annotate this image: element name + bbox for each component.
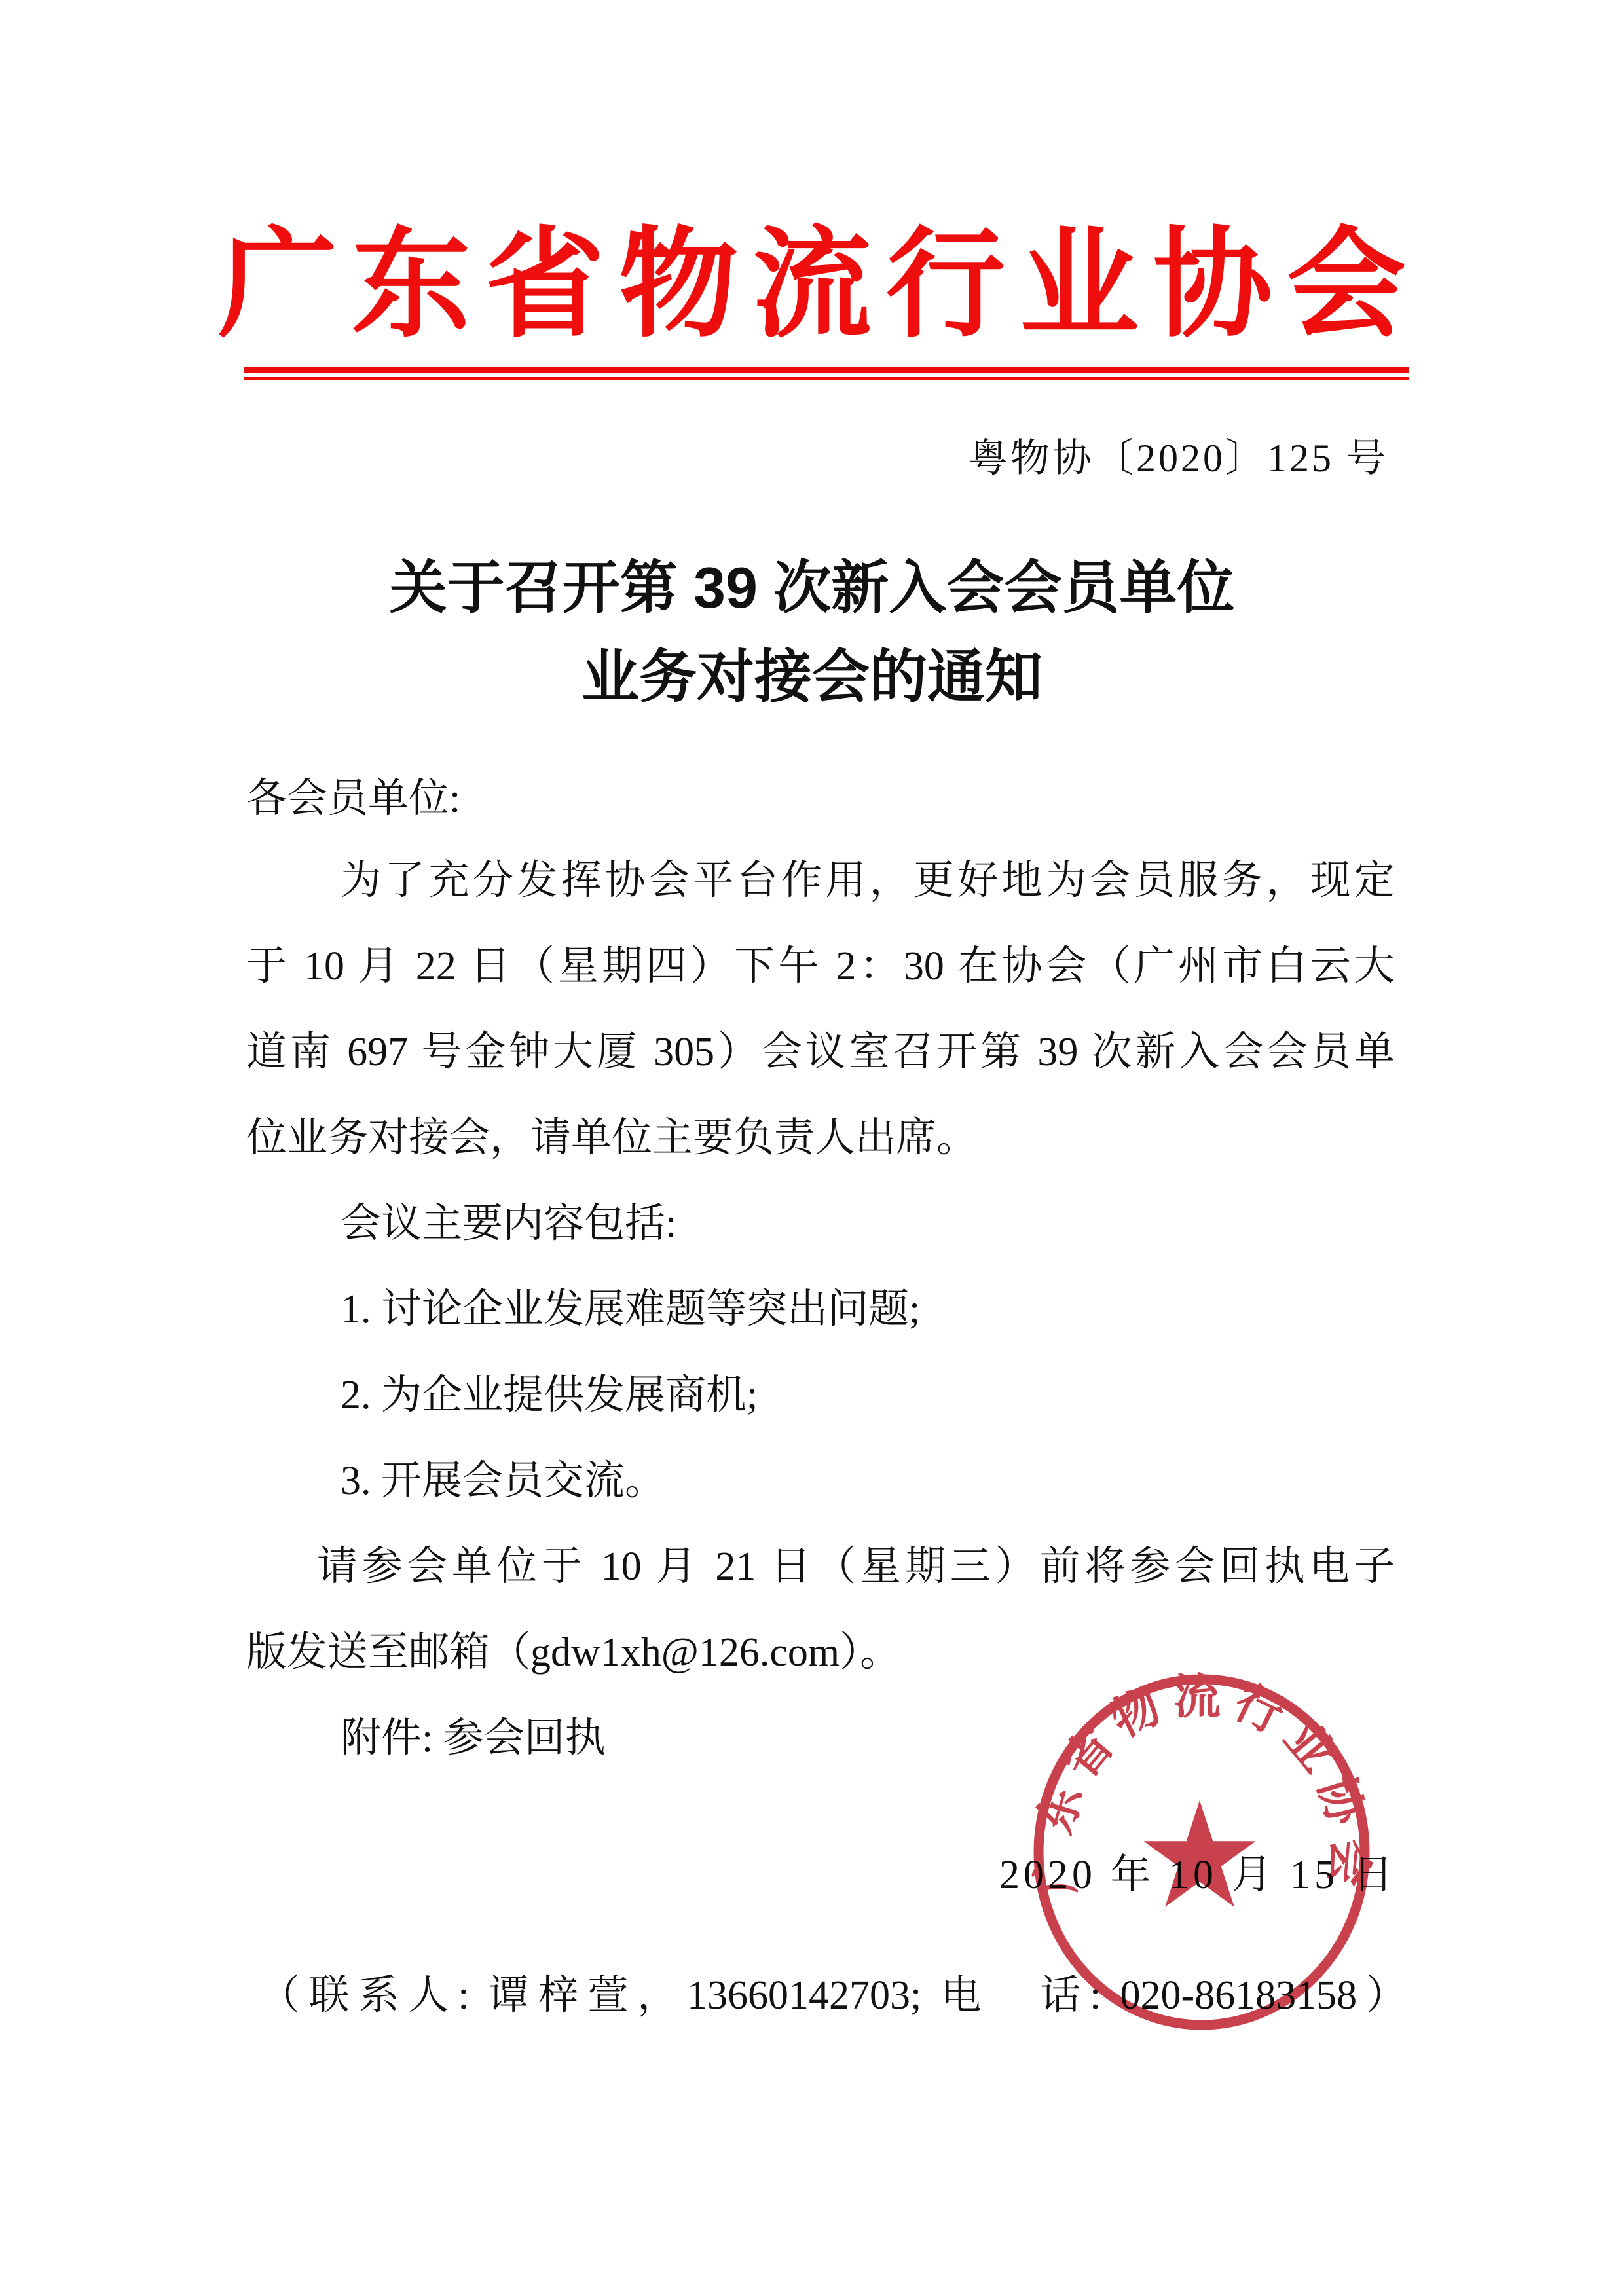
document-number: 粤物协〔2020〕125 号 [969, 439, 1388, 478]
salutation: 各会员单位: [246, 778, 460, 819]
paragraph1-line4: 位业务对接会，请单位主要负责人出席。 [246, 1118, 977, 1158]
issue-date: 2020 年 10 月 15 日 [999, 1855, 1397, 1895]
paragraph1-line3: 道南 697 号金钟大厦 305）会议室召开第 39 次新入会会员单 [246, 1032, 1395, 1072]
contact-info: （联系人: 谭梓萱，13660142703; 电 话: 020-86183158… [259, 1975, 1407, 2016]
notice-title-line2: 业务对接会的通知 [0, 648, 1624, 706]
agenda-heading: 会议主要内容包括: [341, 1203, 676, 1244]
agenda-item-2: 2. 为企业提供发展商机; [341, 1375, 758, 1415]
agenda-item-3: 3. 开展会员交流。 [341, 1461, 665, 1501]
letterhead-rule-thick [244, 367, 1409, 373]
paragraph1-line1: 为了充分发挥协会平台作用，更好地为会员服务，现定 [341, 860, 1395, 901]
paragraph2-line1: 请参会单位于 10 月 21 日（星期三）前将参会回执电子 [317, 1546, 1395, 1587]
letterhead-org-name: 广东省物流行业协会 [0, 227, 1624, 346]
agenda-item-1: 1. 讨论企业发展难题等突出问题; [341, 1289, 920, 1330]
paragraph2-line2: 版发送至邮箱（gdw1xh@126.com）。 [246, 1632, 900, 1673]
paragraph1-line2: 于 10 月 22 日（星期四）下午 2：30 在协会（广州市白云大 [246, 946, 1395, 987]
notice-title-line1: 关于召开第 39 次新入会会员单位 [0, 559, 1624, 617]
notice-document-page: 广东省物流行业协会 粤物协〔2020〕125 号 关于召开第 39 次新入会会员… [0, 0, 1624, 2296]
attachment-line: 附件: 参会回执 [341, 1718, 606, 1758]
letterhead-rule-thin [244, 377, 1409, 380]
